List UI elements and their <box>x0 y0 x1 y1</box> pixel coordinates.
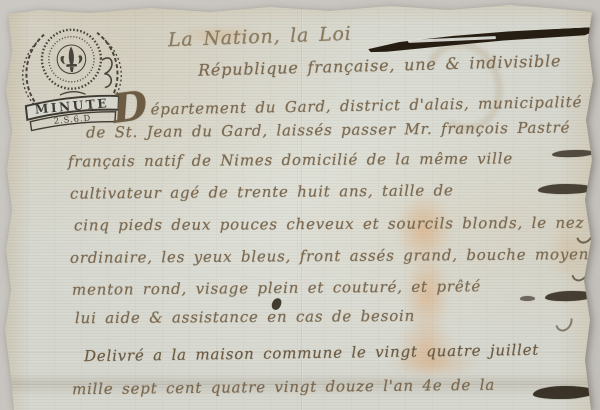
manuscript-line: Département du Gard, district d'alais, m… <box>112 84 583 119</box>
paper-shadow: MINUTE 2.S.6.D La Nation, la Loi Républi… <box>0 0 600 410</box>
manuscript-line: menton rond, visage plein et couturé, et… <box>72 277 481 299</box>
manuscript-line: lui aide & assistance en cas de besoin <box>75 307 415 327</box>
manuscript-line: de St. Jean du Gard, laissés passer Mr. … <box>86 118 570 141</box>
manuscript-line: Delivré a la maison commune le vingt qua… <box>84 341 539 365</box>
photographed-manuscript: MINUTE 2.S.6.D La Nation, la Loi Républi… <box>0 0 600 410</box>
manuscript-line: mille sept cent quatre vingt douze l'an … <box>72 376 495 398</box>
ink-strikethrough-highlight <box>408 36 496 43</box>
stamp-ornament <box>60 91 86 95</box>
manuscript-line: République française, une & indivisible <box>198 51 562 80</box>
margin-ink-blot <box>533 385 595 400</box>
manuscript-line: ordinaire, les yeux bleus, front assés g… <box>70 245 599 267</box>
manuscript-line: cinq pieds deux pouces cheveux et sourci… <box>74 214 584 235</box>
manuscript-line: cultivateur agé de trente huit ans, tail… <box>70 181 454 202</box>
fleur-de-lis-icon <box>60 46 83 72</box>
ink-strikethrough-mark <box>368 27 595 54</box>
manuscript-paper: MINUTE 2.S.6.D La Nation, la Loi Républi… <box>0 0 600 410</box>
margin-ink-dash <box>538 184 594 195</box>
drop-initial-letter: D <box>112 96 150 120</box>
stamp-scroll-curl <box>102 58 113 88</box>
margin-ink-curl <box>552 309 576 334</box>
margin-ink-dash <box>545 290 595 302</box>
margin-ink-dash-small <box>520 296 535 301</box>
manuscript-line-text: épartement du Gard, district d'alais, mu… <box>150 93 582 119</box>
manuscript-line: français natif de Nimes domicilié de la … <box>68 149 513 170</box>
margin-ink-dash <box>552 149 594 157</box>
manuscript-line: La Nation, la Loi <box>168 23 352 51</box>
